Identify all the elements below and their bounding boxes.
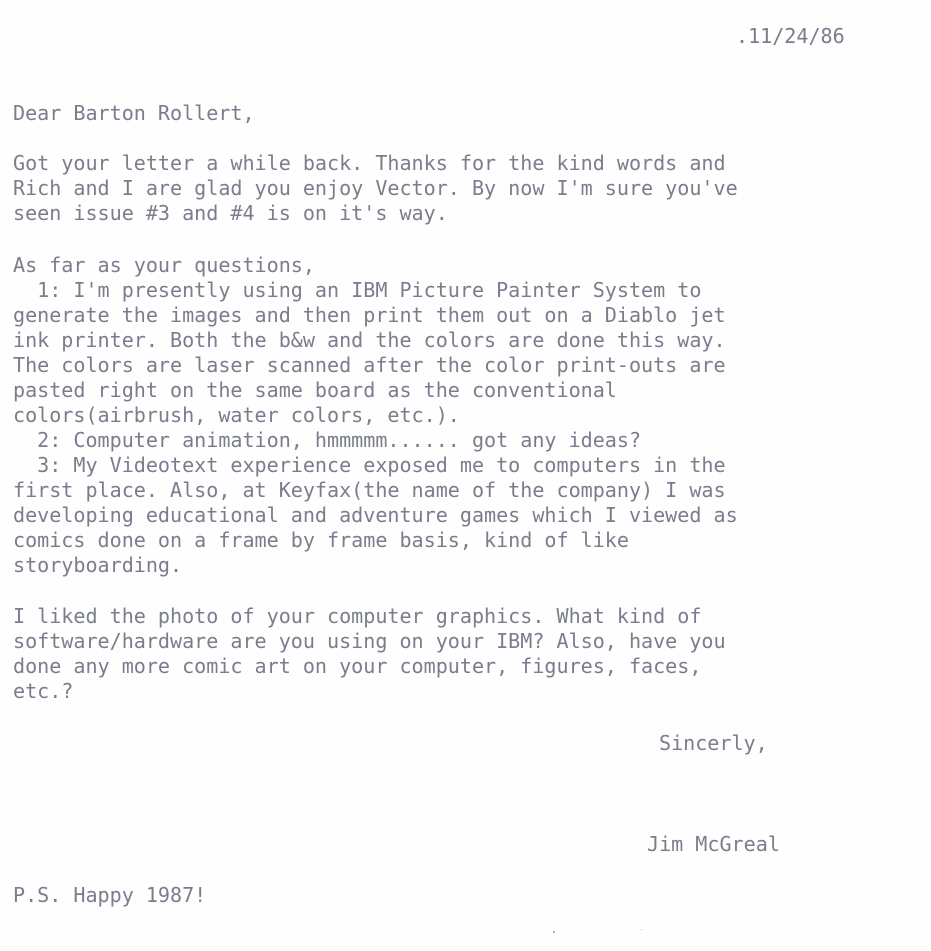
letter-postscript: P.S. Happy 1987! bbox=[13, 883, 206, 908]
paragraph-2-line: colors(airbrush, water colors, etc.). bbox=[13, 403, 460, 428]
paragraph-3-line: done any more comic art on your computer… bbox=[13, 654, 701, 679]
paper-speck bbox=[826, 935, 827, 936]
paragraph-2-line: pasted right on the same board as the co… bbox=[13, 378, 617, 403]
paragraph-2-line: generate the images and then print them … bbox=[13, 303, 726, 328]
paragraph-1-line: Got your letter a while back. Thanks for… bbox=[13, 151, 726, 176]
paragraph-3-line: etc.? bbox=[13, 679, 73, 704]
paragraph-2-line: As far as your questions, bbox=[13, 253, 315, 278]
paragraph-2-line: comics done on a frame by frame basis, k… bbox=[13, 528, 629, 553]
paragraph-2-line: developing educational and adventure gam… bbox=[13, 503, 738, 528]
paragraph-2-line: storyboarding. bbox=[13, 553, 182, 578]
paragraph-2-line: first place. Also, at Keyfax(the name of… bbox=[13, 478, 726, 503]
paper-speck bbox=[641, 929, 642, 930]
paragraph-1-line: Rich and I are glad you enjoy Vector. By… bbox=[13, 176, 738, 201]
paragraph-2-line: The colors are laser scanned after the c… bbox=[13, 353, 726, 378]
paragraph-1-line: seen issue #3 and #4 is on it's way. bbox=[13, 201, 448, 226]
paragraph-2-line: ink printer. Both the b&w and the colors… bbox=[13, 328, 726, 353]
letter-page: .11/24/86 Dear Barton Rollert, Got your … bbox=[0, 0, 931, 951]
letter-salutation: Dear Barton Rollert, bbox=[13, 101, 255, 126]
letter-sign-off: Sincerly, bbox=[659, 731, 768, 756]
paper-speck bbox=[553, 931, 555, 933]
paragraph-2-line: 3: My Videotext experience exposed me to… bbox=[13, 453, 726, 478]
paragraph-2-line: 1: I'm presently using an IBM Picture Pa… bbox=[13, 278, 701, 303]
paragraph-2-line: 2: Computer animation, hmmmmm...... got … bbox=[13, 428, 641, 453]
letter-date: .11/24/86 bbox=[736, 24, 845, 49]
letter-signature: Jim McGreal bbox=[647, 832, 780, 857]
paragraph-3-line: software/hardware are you using on your … bbox=[13, 629, 726, 654]
paragraph-3-line: I liked the photo of your computer graph… bbox=[13, 604, 701, 629]
